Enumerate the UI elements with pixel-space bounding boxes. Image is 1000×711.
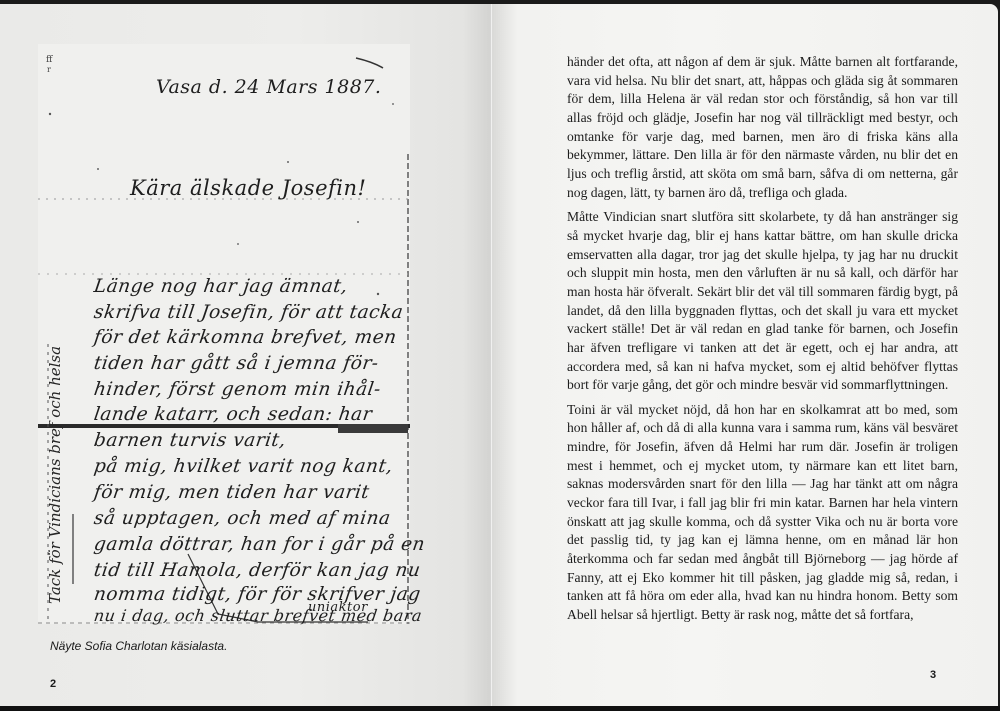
- letter-line: Länge nog har jag ämnat,: [93, 276, 350, 297]
- letter-line: lande katarr, och sedan: har: [93, 404, 374, 425]
- paragraph: händer det ofta, att någon af dem är sju…: [567, 53, 958, 202]
- letter-margin-note: Tack för Vindicians bref och helsa: [46, 346, 64, 604]
- svg-text:ff: ff: [46, 55, 53, 65]
- letter-line: tiden har gått så i jemna för-: [93, 353, 381, 374]
- letter-line: hinder, först genom min ihål-: [93, 379, 383, 400]
- svg-text:r: r: [47, 65, 51, 74]
- letter-line: för det kärkomna brefvet, men: [93, 327, 399, 348]
- right-page: händer det ofta, att någon af dem är sju…: [492, 4, 998, 706]
- letter-date-line: Vasa d. 24 Mars 1887.: [156, 76, 381, 98]
- letter-line: gamla döttrar, han for i går på en: [93, 534, 427, 555]
- book-spread: ff r Vasa d. 24 Mars 1887. Kära älskade …: [0, 4, 1000, 706]
- letter-line: nomma tidigt, för för skrifver jag: [93, 584, 423, 605]
- letter-transcription: händer det ofta, att någon af dem är sju…: [567, 53, 958, 631]
- page-number-right: 3: [930, 669, 936, 681]
- figure-caption: Näyte Sofia Charlotan käsialasta.: [50, 639, 227, 653]
- letter-line: uniaktor: [308, 600, 368, 615]
- paragraph: Måtte Vindician snart slutföra sitt skol…: [567, 208, 958, 395]
- handwritten-letter-facsimile: ff r Vasa d. 24 Mars 1887. Kära älskade …: [38, 44, 410, 624]
- paragraph: Toini är väl mycket nöjd, då hon har en …: [567, 401, 958, 625]
- scan-bottom-edge: [0, 706, 1000, 711]
- letter-line: på mig, hvilket varit nog kant,: [93, 456, 395, 477]
- page-number-left: 2: [50, 678, 56, 690]
- letter-greeting: Kära älskade Josefin!: [130, 176, 366, 200]
- letter-line: för mig, men tiden har varit: [93, 482, 371, 503]
- letter-line: nu i dag, och sluttar brefvet med bara: [93, 606, 424, 625]
- letter-line: tid till Hamola, derför kan jag nu: [93, 560, 422, 581]
- left-page: ff r Vasa d. 24 Mars 1887. Kära älskade …: [0, 4, 492, 706]
- letter-line: skrifva till Josefin, för att tacka: [93, 302, 405, 323]
- letter-line: så upptagen, och med af mina: [93, 508, 393, 529]
- letter-line: barnen turvis varit,: [93, 430, 288, 451]
